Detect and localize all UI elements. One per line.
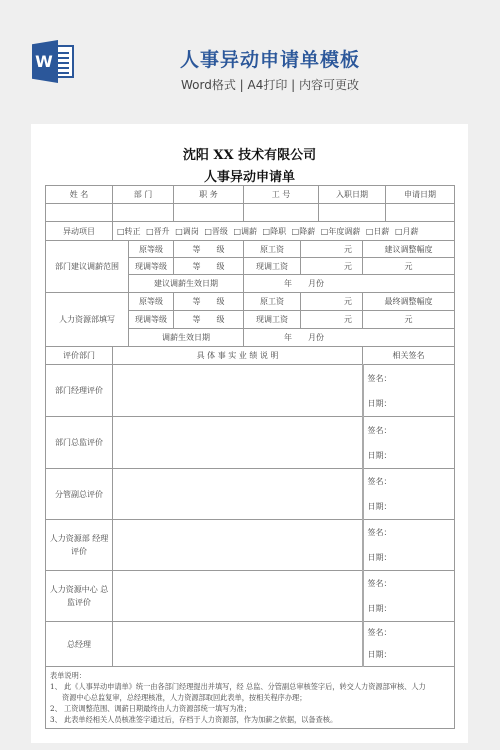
employee-id-field[interactable] [244, 204, 319, 222]
dept-effective-field[interactable]: 年 月份 [244, 275, 455, 293]
change-items-row: 异动项目 □转正 □晋升 □调岗 □晋级 □调薪 □降职 □降薪 □年度调薪 □… [46, 222, 455, 241]
sign-label: 签名： [368, 571, 455, 596]
header-input-row [46, 204, 455, 222]
col-hire-date: 入职日期 [319, 186, 386, 204]
dept-row-1: 部门建议调薪范围 原等级 等 级 原工资 元 建议调整幅度 [46, 241, 455, 258]
hr-new-salary-label: 现调工资 [244, 311, 301, 329]
date-label: 日期： [368, 644, 455, 666]
col-apply-date: 申请日期 [386, 186, 455, 204]
col-dept: 部 门 [113, 186, 174, 204]
date-label: 日期： [368, 494, 455, 519]
sign-label: 签名： [368, 469, 455, 494]
hr-orig-grade-field[interactable]: 等 级 [174, 293, 244, 311]
dept-adjust-label: 建议调整幅度 [363, 241, 455, 258]
date-label: 日期： [368, 545, 455, 570]
dept-orig-salary-label: 原工资 [244, 241, 301, 258]
eval-row: 部门总监评价 签名： 日期： [46, 417, 455, 469]
dept-new-salary-label: 现调工资 [244, 258, 301, 275]
hr-section-label: 人力资源部填写 [46, 293, 129, 347]
position-field[interactable] [174, 204, 244, 222]
hr-new-salary-field[interactable]: 元 [301, 311, 363, 329]
eval-row: 人力资源中心 总监评价 签名： 日期： [46, 571, 455, 622]
hr-orig-salary-field[interactable]: 元 [301, 293, 363, 311]
sign-label: 签名： [368, 418, 455, 443]
checkbox-annual-adjust[interactable]: □年度调薪 [321, 227, 361, 236]
dept-section-label: 部门建议调薪范围 [46, 241, 129, 293]
dept-new-salary-field[interactable]: 元 [301, 258, 363, 275]
dept-field[interactable] [113, 204, 174, 222]
apply-date-field[interactable] [386, 204, 455, 222]
eval-row-label: 部门经理评价 [46, 365, 113, 417]
eval-row: 人力资源部 经理评价 签名： 日期： [46, 520, 455, 571]
eval-row-label: 分管副总评价 [46, 469, 113, 520]
eval-row-signature[interactable]: 签名： 日期： [363, 571, 455, 622]
eval-row-signature[interactable]: 签名： 日期： [363, 622, 455, 667]
sign-label: 签名： [368, 366, 455, 391]
notes-item: 3、 此表单经相关人员核准签字通过后，存档于人力资源部，作为加薪之依据，以备查核… [50, 714, 450, 725]
company-name: 沈阳 XX 技术有限公司 [31, 144, 468, 163]
change-items-options: □转正 □晋升 □调岗 □晋级 □调薪 □降职 □降薪 □年度调薪 □日薪 □月… [113, 222, 455, 241]
eval-row-signature[interactable]: 签名： 日期： [363, 417, 455, 469]
template-banner: W 人事异动申请单模板 Word格式 | A4打印 | 内容可更改 [0, 0, 500, 120]
hr-new-grade-label: 现调等级 [129, 311, 174, 329]
hr-orig-grade-label: 原等级 [129, 293, 174, 311]
eval-row-desc[interactable] [113, 365, 363, 417]
hr-effective-field[interactable]: 年 月份 [244, 329, 455, 347]
eval-row-label: 人力资源中心 总监评价 [46, 571, 113, 622]
eval-row-signature[interactable]: 签名： 日期： [363, 365, 455, 417]
dept-new-grade-field[interactable]: 等 级 [174, 258, 244, 275]
date-label: 日期： [368, 596, 455, 621]
eval-row-desc[interactable] [113, 622, 363, 667]
name-field[interactable] [46, 204, 113, 222]
eval-row: 部门经理评价 签名： 日期： [46, 365, 455, 417]
eval-row: 分管副总评价 签名： 日期： [46, 469, 455, 520]
form-notes: 表单说明： 1、 此《人事异动申请单》统一由各部门经理提出并填写，经 总监、分管… [46, 667, 455, 729]
notes-heading: 表单说明： [50, 670, 450, 681]
eval-row-desc[interactable] [113, 571, 363, 622]
eval-row-signature[interactable]: 签名： 日期： [363, 469, 455, 520]
change-items-label: 异动项目 [46, 222, 113, 241]
dept-effective-label: 建议调薪生效日期 [129, 275, 244, 293]
checkbox-monthly-pay[interactable]: □月薪 [395, 227, 419, 236]
dept-orig-salary-field[interactable]: 元 [301, 241, 363, 258]
notes-row: 表单说明： 1、 此《人事异动申请单》统一由各部门经理提出并填写，经 总监、分管… [46, 667, 455, 729]
dept-adjust-field[interactable]: 元 [363, 258, 455, 275]
checkbox-tiaoxin[interactable]: □调薪 [233, 227, 257, 236]
sign-label: 签名： [368, 520, 455, 545]
checkbox-zhuanzheng[interactable]: □转正 [117, 227, 141, 236]
document-page: 沈阳 XX 技术有限公司 人事异动申请单 姓 名 部 门 职 务 工 号 入职日… [31, 124, 468, 743]
hr-adjust-field[interactable]: 元 [363, 311, 455, 329]
hr-new-grade-field[interactable]: 等 级 [174, 311, 244, 329]
checkbox-jinsheng[interactable]: □晋升 [146, 227, 170, 236]
eval-row-label: 部门总监评价 [46, 417, 113, 469]
checkbox-jiangxin[interactable]: □降薪 [292, 227, 316, 236]
banner-subtitle: Word格式 | A4打印 | 内容可更改 [0, 76, 500, 93]
form-title: 人事异动申请单 [31, 166, 468, 185]
checkbox-tiaogang[interactable]: □调岗 [175, 227, 199, 236]
col-position: 职 务 [174, 186, 244, 204]
hr-orig-salary-label: 原工资 [244, 293, 301, 311]
notes-item: 资源中心总监复审，总经理核准，人力资源部取回此表单，按相关程序办理； [50, 692, 450, 703]
hr-change-form-table: 姓 名 部 门 职 务 工 号 入职日期 申请日期 异动项目 □转正 □晋升 □… [45, 185, 455, 729]
hire-date-field[interactable] [319, 204, 386, 222]
eval-desc-header: 具 体 事 实 业 绩 说 明 [113, 347, 363, 365]
hr-effective-label: 调薪生效日期 [129, 329, 244, 347]
eval-row: 总经理 签名： 日期： [46, 622, 455, 667]
dept-orig-grade-label: 原等级 [129, 241, 174, 258]
notes-item: 2、 工资调整范围、调薪日期最终由人力资源部统一填写为准； [50, 703, 450, 714]
col-name: 姓 名 [46, 186, 113, 204]
dept-orig-grade-field[interactable]: 等 级 [174, 241, 244, 258]
eval-header-row: 评价部门 具 体 事 实 业 绩 说 明 相关签名 [46, 347, 455, 365]
eval-row-label: 人力资源部 经理评价 [46, 520, 113, 571]
hr-row-1: 人力资源部填写 原等级 等 级 原工资 元 最终调整幅度 [46, 293, 455, 311]
eval-sign-header: 相关签名 [363, 347, 455, 365]
sign-label: 签名： [368, 622, 455, 644]
eval-row-desc[interactable] [113, 520, 363, 571]
col-employee-id: 工 号 [244, 186, 319, 204]
checkbox-daily-pay[interactable]: □日薪 [366, 227, 390, 236]
eval-row-desc[interactable] [113, 417, 363, 469]
eval-row-label: 总经理 [46, 622, 113, 667]
checkbox-jinji[interactable]: □晋级 [204, 227, 228, 236]
date-label: 日期： [368, 443, 455, 468]
header-row: 姓 名 部 门 职 务 工 号 入职日期 申请日期 [46, 186, 455, 204]
hr-adjust-label: 最终调整幅度 [363, 293, 455, 311]
eval-row-desc[interactable] [113, 469, 363, 520]
checkbox-jiangzhi[interactable]: □降职 [263, 227, 287, 236]
banner-title: 人事异动申请单模板 [0, 45, 500, 72]
notes-item: 1、 此《人事异动申请单》统一由各部门经理提出并填写，经 总监、分管副总审核签字… [50, 681, 450, 692]
date-label: 日期： [368, 391, 455, 416]
dept-new-grade-label: 现调等级 [129, 258, 174, 275]
eval-dept-header: 评价部门 [46, 347, 113, 365]
eval-row-signature[interactable]: 签名： 日期： [363, 520, 455, 571]
